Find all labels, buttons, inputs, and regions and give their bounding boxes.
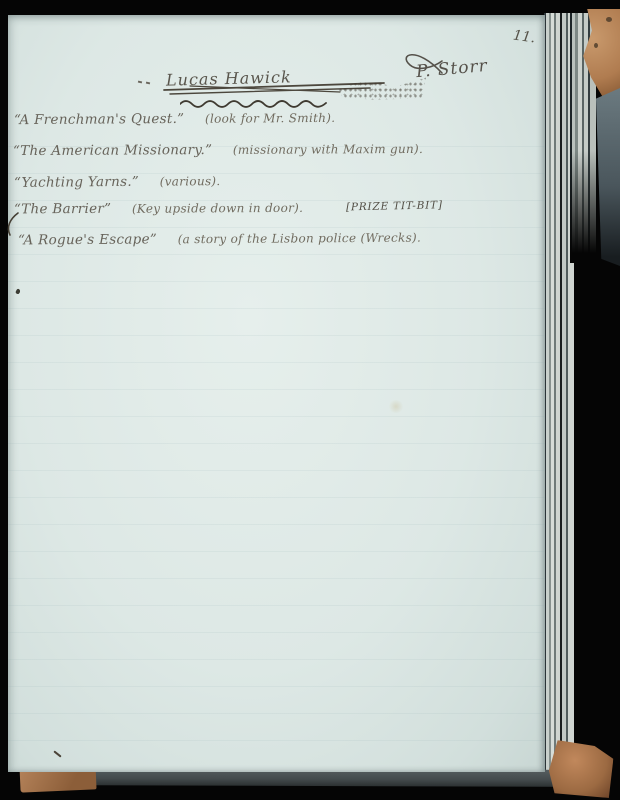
torn-leather-corner-bottom-right <box>548 740 614 798</box>
story-note: (missionary with Maxim gun). <box>233 142 423 157</box>
story-title: “The Barrier” <box>14 201 111 218</box>
wavy-underline <box>180 97 332 109</box>
paper-stain <box>388 400 404 413</box>
story-title: “Yachting Yarns.” <box>14 174 139 191</box>
ink-marks <box>138 81 152 89</box>
list-item: “Yachting Yarns.” (various). <box>14 173 221 191</box>
struck-out-name: Lucas Hawick <box>166 67 292 89</box>
story-title: “A Frenchman's Quest.” <box>14 111 184 128</box>
cover-cloth-edge <box>596 88 620 266</box>
list-item: “A Rogue's Escape” (a story of the Lisbo… <box>18 230 421 249</box>
story-note: (look for Mr. Smith). <box>205 111 335 126</box>
prize-annotation: [PRIZE TIT-BIT] <box>346 199 443 213</box>
list-item: “A Frenchman's Quest.” (look for Mr. Smi… <box>14 110 335 128</box>
leather-spot <box>606 17 612 22</box>
story-title: “A Rogue's Escape” <box>18 231 157 248</box>
story-note: (Key upside down in door). <box>132 201 303 216</box>
stray-pen-stroke <box>4 211 22 237</box>
notebook-photo: 11. Lucas Hawick P. Storr “A Frenchman's… <box>0 0 620 800</box>
notebook-page: 11. Lucas Hawick P. Storr “A Frenchman's… <box>8 15 545 772</box>
leather-spot <box>594 43 598 48</box>
list-item: “The Barrier” (Key upside down in door).… <box>14 199 534 218</box>
story-note: (a story of the Lisbon police (Wrecks). <box>178 231 422 247</box>
page-number: 11. <box>512 28 536 47</box>
story-title: “The American Missionary.” <box>13 142 212 159</box>
story-note: (various). <box>160 174 221 189</box>
list-item: “The American Missionary.” (missionary w… <box>13 141 423 159</box>
